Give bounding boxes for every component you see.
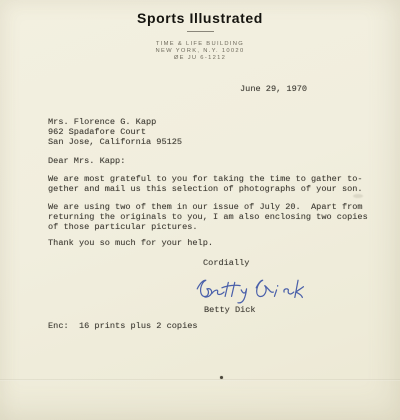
body-paragraph-2: We are using two of them in our issue of…: [48, 202, 368, 232]
recipient-address-block: Mrs. Florence G. Kapp 962 Spadafore Cour…: [48, 117, 182, 147]
valediction: Cordially: [203, 258, 249, 268]
letterhead-address: TIME & LIFE BUILDING NEW YORK, N.Y. 1002…: [0, 41, 400, 63]
scan-smudge: [353, 194, 363, 198]
body-paragraph-3: Thank you so much for your help.: [48, 238, 213, 248]
handwritten-signature: [194, 274, 312, 308]
salutation: Dear Mrs. Kapp:: [48, 156, 125, 166]
letter-date: June 29, 1970: [240, 84, 307, 94]
typed-signature-name: Betty Dick: [204, 305, 256, 315]
letter-page: Sports Illustrated TIME & LIFE BUILDING …: [0, 0, 400, 420]
ink-speck: [220, 376, 223, 379]
body-paragraph-1: We are most grateful to you for taking t…: [48, 174, 363, 194]
letterhead-title: Sports Illustrated: [0, 10, 400, 26]
enclosure-line: Enc: 16 prints plus 2 copies: [48, 321, 198, 331]
paper-fold-crease: [0, 379, 400, 381]
letterhead-divider-rule: [187, 31, 214, 32]
